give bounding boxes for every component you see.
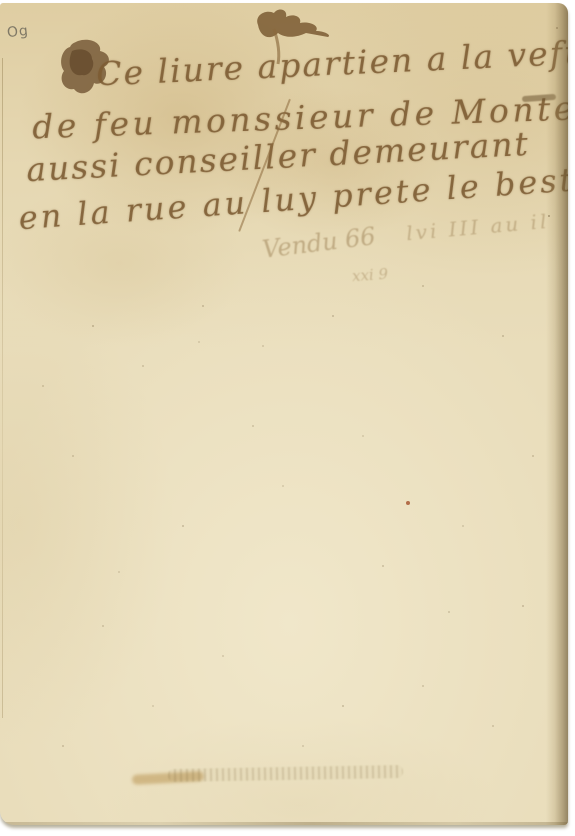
pencil-shelfmark: Og <box>6 23 29 41</box>
faded-note-3: xxi 9 <box>351 265 388 285</box>
faded-note-1: Vendu 66 <box>261 222 377 264</box>
paper-foxing-speckles <box>0 3 2 5</box>
manuscript-page: Og Ce liure apartien a la vefue de feu m… <box>0 3 568 825</box>
manuscript-photo: Og Ce liure apartien a la vefue de feu m… <box>0 0 575 836</box>
offset-text-smudge <box>168 765 403 782</box>
rust-spot <box>406 501 410 505</box>
left-crease-line <box>2 58 3 718</box>
page-curl-shadow <box>546 3 568 825</box>
faded-note-2: lvi III au il <box>405 209 550 245</box>
